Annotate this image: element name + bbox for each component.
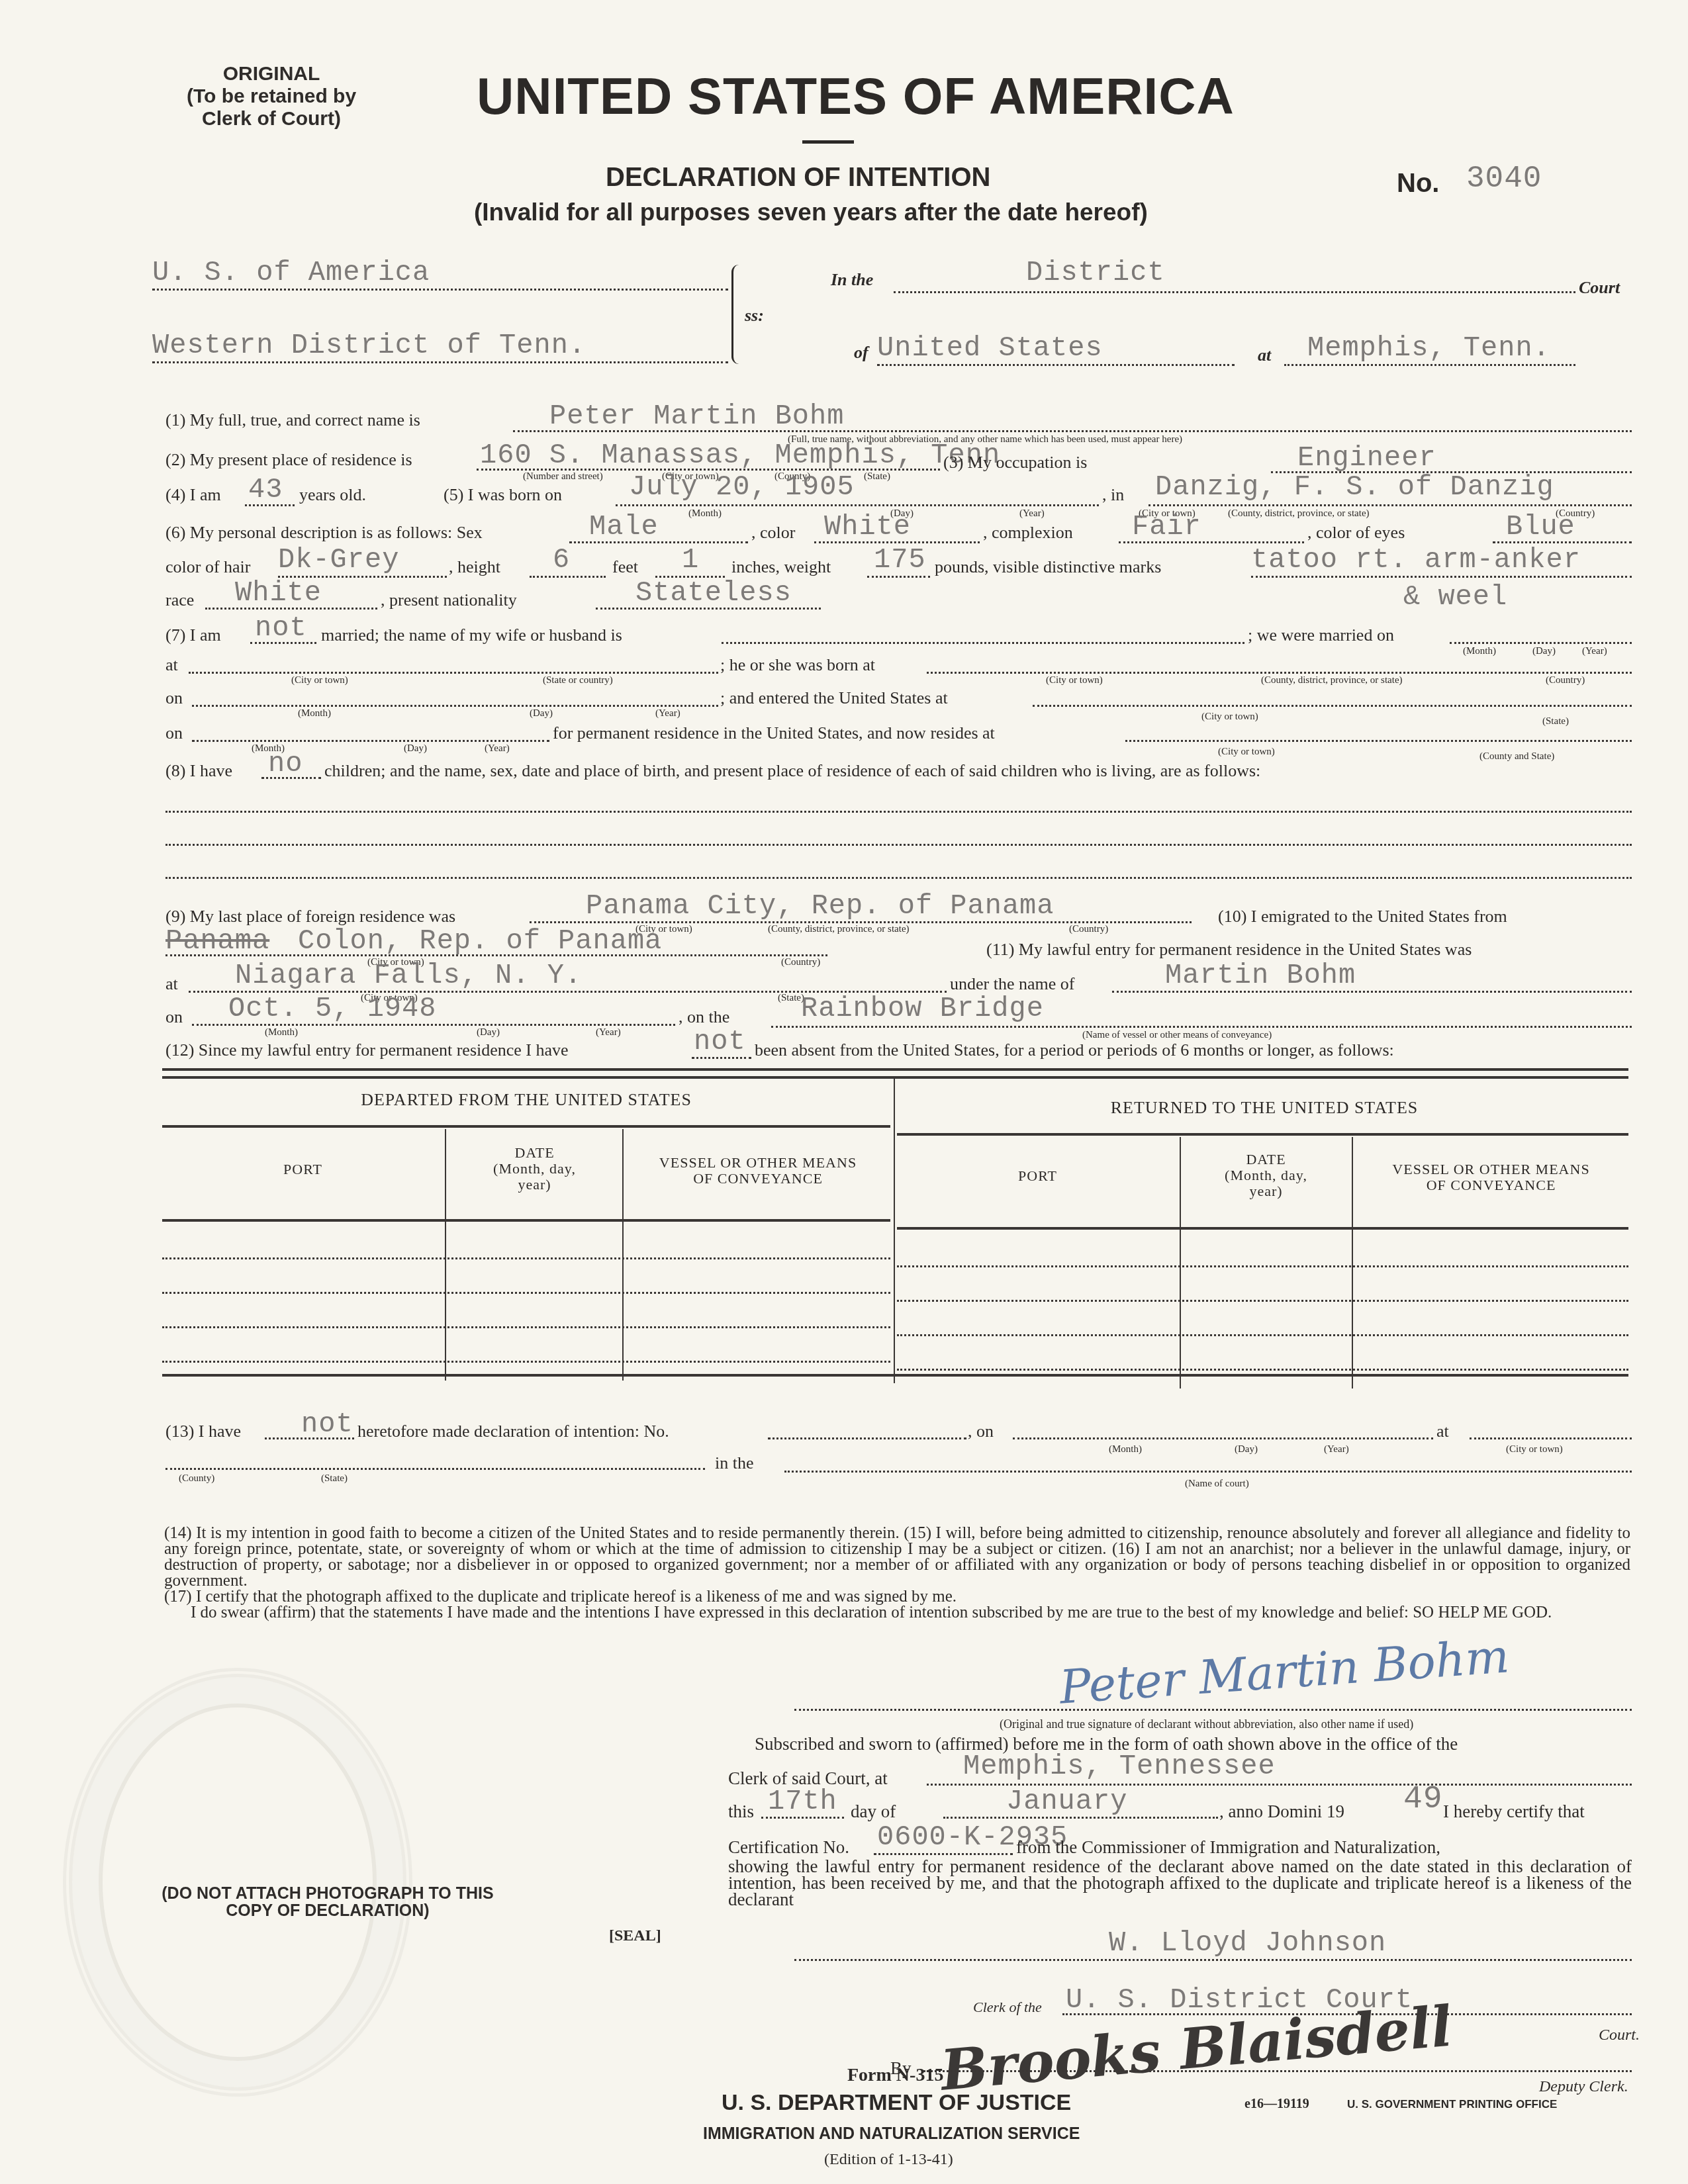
service-name: IMMIGRATION AND NATURALIZATION SERVICE — [703, 2124, 1080, 2144]
previous-declaration-number-field[interactable] — [768, 1437, 966, 1439]
col-date-departed: DATE (Month, day, year) — [447, 1145, 622, 1193]
spouse-born-at-field[interactable] — [927, 672, 1632, 674]
caption-day: (Day) — [1532, 646, 1556, 657]
jurat-month-line — [943, 1817, 1218, 1819]
entry-vessel-field[interactable]: Rainbow Bridge — [801, 993, 1044, 1024]
court-location: Memphis, Tenn. — [1307, 332, 1550, 364]
col-vessel-label: VESSEL OR OTHER MEANS — [1354, 1161, 1628, 1177]
table-top-rule-2 — [162, 1076, 1628, 1079]
col-port-departed: PORT — [162, 1161, 444, 1177]
document-title: UNITED STATES OF AMERICA — [477, 66, 1337, 126]
entry-on-label: on — [165, 1007, 183, 1027]
jurat-day-field[interactable]: 17th — [768, 1786, 837, 1817]
spouse-entered-at-field[interactable] — [1033, 705, 1632, 707]
feet-label: feet — [612, 557, 638, 577]
residence-label: (2) My present place of residence is — [165, 450, 412, 470]
caption-day: (Day) — [404, 743, 427, 754]
caption-city: (City or town) — [1506, 1444, 1563, 1455]
height-inches-field[interactable]: 1 — [682, 544, 699, 576]
caption-month: (Month) — [265, 1027, 298, 1038]
caption-month: (Month) — [298, 708, 331, 719]
caption-year: (Year) — [1582, 646, 1607, 657]
previous-declaration-line — [265, 1437, 354, 1439]
entry-port-field[interactable]: Niagara Falls, N. Y. — [235, 960, 582, 991]
spouse-resides-at-field[interactable] — [1125, 740, 1632, 742]
venue-district-line — [152, 361, 728, 363]
declarant-signature: Peter Martin Bohm — [1058, 1629, 1511, 1714]
caption-city: (City or town) — [291, 675, 348, 686]
table-row[interactable] — [162, 1326, 890, 1328]
distinctive-marks-line — [1251, 576, 1632, 578]
caption-state: (State) — [778, 993, 804, 1004]
inches-weight-label: inches, weight — [731, 557, 831, 577]
venue-country: U. S. of America — [152, 257, 430, 289]
photo-note: (DO NOT ATTACH PHOTOGRAPH TO THIS COPY O… — [159, 1885, 496, 1919]
height-feet-field[interactable]: 6 — [553, 544, 570, 576]
birth-date-line — [616, 504, 1099, 506]
jurat-year-field[interactable]: 49 — [1403, 1782, 1443, 1817]
lawful-entry-label: (11) My lawful entry for permanent resid… — [986, 940, 1472, 960]
birth-place-field[interactable]: Danzig, F. S. of Danzig — [1155, 471, 1554, 503]
table-bottom-rule — [162, 1374, 1628, 1377]
court-label: Court — [1579, 278, 1620, 298]
children-line — [261, 777, 321, 779]
sex-field[interactable]: Male — [589, 511, 659, 543]
caption-day: (Day) — [477, 1027, 500, 1038]
nationality-field[interactable]: Stateless — [635, 577, 792, 609]
caption-year: (Year) — [655, 708, 680, 719]
form-edition: (Edition of 1-13-41) — [824, 2151, 953, 2169]
of-label: of — [854, 343, 868, 363]
table-row[interactable] — [897, 1334, 1628, 1336]
caption-court: (Name of court) — [1185, 1479, 1249, 1490]
jurat-this-label: this — [728, 1801, 754, 1822]
col-vessel-returned: VESSEL OR OTHER MEANS OF CONVEYANCE — [1354, 1161, 1628, 1193]
color-label: , color — [751, 523, 795, 543]
copy-type-block: ORIGINAL (To be retained by Clerk of Cou… — [162, 63, 381, 130]
children-details-line-2[interactable] — [165, 844, 1632, 846]
caption-country: (Country) — [1069, 924, 1108, 935]
children-details-line-1[interactable] — [165, 811, 1632, 813]
spouse-residence-date-field[interactable] — [192, 740, 549, 742]
years-old-label: years old. — [299, 485, 366, 505]
entry-at-label: at — [165, 974, 178, 994]
spouse-on2-label: on — [165, 723, 183, 743]
eyes-field[interactable]: Blue — [1506, 511, 1575, 543]
returned-header-rule — [897, 1133, 1628, 1136]
embossed-court-seal — [63, 1668, 412, 2097]
previous-at-label: at — [1436, 1422, 1449, 1441]
col-date-label: DATE — [1182, 1152, 1350, 1167]
ss-label: ss: — [745, 306, 764, 326]
oath-text-17: (17) I certify that the photograph affix… — [164, 1588, 957, 1606]
caption-year: (Year) — [596, 1027, 621, 1038]
number-label: No. — [1397, 169, 1439, 199]
height-label: , height — [449, 557, 500, 577]
caption-city: (City or town) — [1218, 747, 1275, 758]
foreign-residence-field[interactable]: Panama City, Rep. of Panama — [586, 890, 1055, 922]
departed-header: DEPARTED FROM THE UNITED STATES — [162, 1092, 890, 1108]
previous-in-the-label: in the — [715, 1453, 754, 1473]
at-label: at — [1258, 345, 1271, 365]
printer-name: U. S. GOVERNMENT PRINTING OFFICE — [1347, 2098, 1557, 2111]
title-rule — [802, 140, 854, 144]
oath-text-14-16: (14) It is my intention in good faith to… — [164, 1524, 1630, 1590]
spouse-resides-label: for permanent residence in the United St… — [553, 723, 995, 743]
caption-state: (State) — [864, 471, 890, 482]
oath-paragraph: (14) It is my intention in good faith to… — [164, 1525, 1630, 1621]
children-label: (8) I have — [165, 761, 232, 781]
jurat-cert-text-1: from the Commissioner of Immigration and… — [1016, 1837, 1440, 1858]
spouse-name-field[interactable] — [722, 642, 1244, 644]
caption-city: (City or town) — [1201, 711, 1258, 723]
birth-place-line — [1149, 504, 1632, 506]
caption-county: (County, district, province, or state) — [768, 924, 910, 935]
jurat-certify-label: I hereby certify that — [1443, 1801, 1585, 1822]
married-on-label: ; we were married on — [1248, 625, 1394, 645]
nationality-label: , present nationality — [381, 590, 517, 610]
department-name: U. S. DEPARTMENT OF JUSTICE — [722, 2090, 1071, 2116]
venue-brace — [731, 265, 739, 364]
name-label: (1) My full, true, and correct name is — [165, 410, 420, 430]
caption-county: (County) — [179, 1473, 214, 1484]
complexion-line — [1119, 541, 1304, 543]
court-suffix-label: Court. — [1599, 2026, 1640, 2044]
hair-field[interactable]: Dk-Grey — [278, 544, 399, 576]
spouse-entered-label: ; and entered the United States at — [720, 688, 948, 708]
spouse-entry-date-field[interactable] — [192, 705, 718, 707]
married-label: (7) I am — [165, 625, 221, 645]
absent-field[interactable]: not — [694, 1026, 746, 1058]
pounds-marks-label: pounds, visible distinctive marks — [935, 557, 1161, 577]
col-port-returned: PORT — [897, 1168, 1178, 1184]
jurat-month-field[interactable]: January — [1006, 1786, 1127, 1817]
distinctive-marks-line2: & weel — [1403, 581, 1507, 613]
venue-country-line — [152, 289, 728, 291]
departed-header-rule — [162, 1125, 890, 1128]
previous-county-state-field[interactable] — [165, 1468, 705, 1470]
emigrated-from-line — [165, 954, 827, 956]
table-top-rule-1 — [162, 1068, 1628, 1071]
race-line — [205, 608, 377, 610]
returned-header: RETURNED TO THE UNITED STATES — [897, 1100, 1632, 1116]
children-description-label: children; and the name, sex, date and pl… — [324, 761, 1260, 781]
caption-year: (Year) — [1324, 1444, 1349, 1455]
absent-label: (12) Since my lawful entry for permanent… — [165, 1040, 569, 1060]
color-field[interactable]: White — [824, 511, 911, 543]
caption-vessel: (Name of vessel or other means of convey… — [1082, 1030, 1272, 1041]
col-divider — [1180, 1137, 1181, 1388]
caption-county-state: (County and State) — [1479, 751, 1554, 762]
spouse-born-at-label: ; he or she was born at — [720, 655, 875, 675]
previous-court-field[interactable] — [784, 1471, 1632, 1473]
photo-note-line-1: (DO NOT ATTACH PHOTOGRAPH TO THIS — [159, 1885, 496, 1902]
caption-year: (Year) — [1019, 508, 1045, 520]
col-date-sub: year) — [447, 1177, 622, 1193]
previous-declaration-text: heretofore made declaration of intention… — [357, 1422, 669, 1441]
caption-number-street: (Number and street) — [523, 471, 603, 482]
children-field[interactable]: no — [268, 748, 303, 780]
married-on-field[interactable] — [1450, 642, 1632, 644]
married-at-field[interactable] — [189, 672, 718, 674]
certification-number-line — [874, 1853, 1013, 1855]
emigrated-from-struck-value: Panama — [165, 925, 269, 957]
venue-district: Western District of Tenn. — [152, 330, 586, 361]
col-date-sub: (Month, day, — [447, 1161, 622, 1177]
table-row[interactable] — [162, 1292, 890, 1294]
distinctive-marks-field[interactable]: tatoo rt. arm-anker — [1251, 544, 1581, 576]
foreign-residence-line — [530, 921, 1192, 923]
form-number: Form N-315 — [847, 2065, 943, 2086]
jurat-anno-label: , anno Domini 19 — [1219, 1801, 1344, 1822]
jurat-day-of-label: day of — [851, 1801, 896, 1822]
declarant-signature-line[interactable] — [794, 1709, 1632, 1711]
foreign-residence-label: (9) My last place of foreign residence w… — [165, 907, 455, 927]
occupation-label: (3) My occupation is — [943, 453, 1087, 473]
caption-birth-county: (County, district, province, or state) — [1228, 508, 1370, 520]
form-title: DECLARATION OF INTENTION — [606, 163, 990, 193]
clerk-of-label: Clerk of the — [973, 1999, 1042, 2016]
description-label: (6) My personal description is as follow… — [165, 523, 483, 543]
previous-declaration-label: (13) I have — [165, 1422, 241, 1441]
eyes-label: , color of eyes — [1307, 523, 1405, 543]
color-line — [814, 541, 980, 543]
previous-city-field[interactable] — [1470, 1437, 1632, 1439]
caption-month: (Month) — [1463, 646, 1496, 657]
married-at-label: at — [165, 655, 178, 675]
col-date-label: DATE — [447, 1145, 622, 1161]
table-row[interactable] — [162, 1257, 890, 1259]
weight-field[interactable]: 175 — [874, 544, 926, 576]
residence-line — [477, 469, 940, 471]
entry-name-field[interactable]: Martin Bohm — [1165, 960, 1356, 991]
hair-label: color of hair — [165, 557, 251, 577]
table-row[interactable] — [897, 1265, 1628, 1267]
caption-day: (Day) — [530, 708, 553, 719]
court-of-line — [877, 364, 1235, 366]
born-on-label: (5) I was born on — [444, 485, 562, 505]
entry-date-line — [192, 1024, 675, 1026]
col-date-returned: DATE (Month, day, year) — [1182, 1152, 1350, 1199]
jurat-location-field[interactable]: Memphis, Tennessee — [963, 1751, 1276, 1782]
seal-label: [SEAL] — [609, 1927, 661, 1945]
jurat-day-line — [761, 1817, 844, 1819]
spouse-label: married; the name of my wife or husband … — [321, 625, 622, 645]
occupation-field[interactable]: Engineer — [1297, 442, 1436, 474]
table-row[interactable] — [897, 1300, 1628, 1302]
height-feet-line — [530, 576, 606, 578]
entry-vessel-line — [771, 1026, 1632, 1028]
in-the-label: In the — [831, 270, 873, 290]
entry-date-field[interactable]: Oct. 5, 1948 — [228, 993, 436, 1024]
complexion-label: , complexion — [983, 523, 1073, 543]
caption-month: (Month) — [1109, 1444, 1142, 1455]
declarant-signature-caption: (Original and true signature of declaran… — [1000, 1717, 1413, 1731]
caption-county: (County, district, province, or state) — [1261, 675, 1403, 686]
children-details-line-3[interactable] — [165, 877, 1632, 879]
married-field[interactable]: not — [255, 612, 307, 644]
col-vessel-label: VESSEL OR OTHER MEANS — [626, 1155, 890, 1171]
clerk-name-field[interactable]: W. Lloyd Johnson — [1109, 1927, 1386, 1959]
deputy-clerk-signature-line[interactable] — [923, 2070, 1632, 2072]
copy-note-2: Clerk of Court) — [162, 108, 381, 130]
caption-state-country: (State or country) — [543, 675, 613, 686]
col-vessel-sub: OF CONVEYANCE — [1354, 1177, 1628, 1193]
entry-name-label: under the name of — [950, 974, 1074, 994]
jurat-certification-label: Certification No. — [728, 1837, 849, 1858]
caption-city: (City or town) — [1046, 675, 1103, 686]
previous-on-label: , on — [968, 1422, 994, 1441]
caption-month: (Month) — [688, 508, 722, 520]
col-divider — [1352, 1137, 1353, 1388]
previous-declaration-field[interactable]: not — [301, 1408, 353, 1440]
caption-day: (Day) — [1235, 1444, 1258, 1455]
caption-year: (Year) — [485, 743, 510, 754]
age-line — [245, 504, 295, 506]
nationality-line — [596, 608, 821, 610]
copy-note-1: (To be retained by — [162, 85, 381, 108]
caption-country: (Country) — [1546, 675, 1585, 686]
birth-date-field[interactable]: July 20, 1905 — [629, 471, 855, 503]
absent-description-label: been absent from the United States, for … — [755, 1040, 1394, 1060]
race-field[interactable]: White — [235, 577, 322, 609]
emigrated-from-field[interactable]: Colon, Rep. of Panama — [298, 925, 662, 957]
emigrated-from-label: (10) I emigrated to the United States fr… — [1218, 907, 1507, 927]
print-code: e16—19119 — [1244, 2097, 1309, 2112]
sex-line — [569, 541, 748, 543]
full-name-line — [513, 430, 1632, 432]
complexion-field[interactable]: Fair — [1132, 511, 1201, 543]
court-type: District — [1026, 257, 1165, 289]
declaration-number: 3040 — [1466, 161, 1542, 196]
col-divider — [622, 1129, 624, 1381]
court-type-line — [894, 291, 1575, 293]
eyes-line — [1493, 541, 1632, 543]
oath-swear: I do swear (affirm) that the statements … — [164, 1604, 1552, 1621]
spouse-on-label: on — [165, 688, 183, 708]
entry-vessel-label: , on the — [679, 1007, 729, 1027]
weight-line — [867, 576, 930, 578]
married-line — [250, 642, 316, 644]
in-label: , in — [1102, 485, 1124, 505]
deputy-clerk-label: Deputy Clerk. — [1539, 2078, 1628, 2096]
col-divider — [445, 1129, 446, 1381]
court-location-line — [1284, 364, 1575, 366]
photo-note-line-2: COPY OF DECLARATION) — [159, 1902, 496, 1919]
caption-country: (Country) — [781, 957, 820, 968]
previous-date-field[interactable] — [1013, 1437, 1433, 1439]
table-row[interactable] — [162, 1361, 890, 1363]
jurat-cert-text-2: showing the lawful entry for permanent r… — [728, 1858, 1632, 1908]
form-subtitle: (Invalid for all purposes seven years af… — [474, 199, 1148, 226]
col-vessel-departed: VESSEL OR OTHER MEANS OF CONVEYANCE — [626, 1155, 890, 1187]
entry-name-line — [1112, 991, 1632, 993]
departed-column-rule — [162, 1219, 890, 1222]
court-of: United States — [877, 332, 1103, 364]
col-date-sub: year) — [1182, 1183, 1350, 1199]
residence-field[interactable]: 160 S. Manassas, Memphis, Tenn — [480, 439, 1000, 471]
caption-state: (State) — [321, 1473, 348, 1484]
table-row[interactable] — [897, 1369, 1628, 1371]
copy-type: ORIGINAL — [162, 63, 381, 85]
age-label: (4) I am — [165, 485, 221, 505]
absent-line — [692, 1057, 751, 1059]
col-vessel-sub: OF CONVEYANCE — [626, 1171, 890, 1187]
race-label: race — [165, 590, 194, 610]
age-field[interactable]: 43 — [248, 474, 283, 506]
full-name-field[interactable]: Peter Martin Bohm — [549, 400, 844, 432]
returned-column-rule — [897, 1227, 1628, 1230]
col-date-sub: (Month, day, — [1182, 1167, 1350, 1183]
table-center-divider — [894, 1079, 895, 1383]
caption-state: (State) — [1542, 716, 1569, 727]
clerk-name-line — [794, 1959, 1632, 1961]
